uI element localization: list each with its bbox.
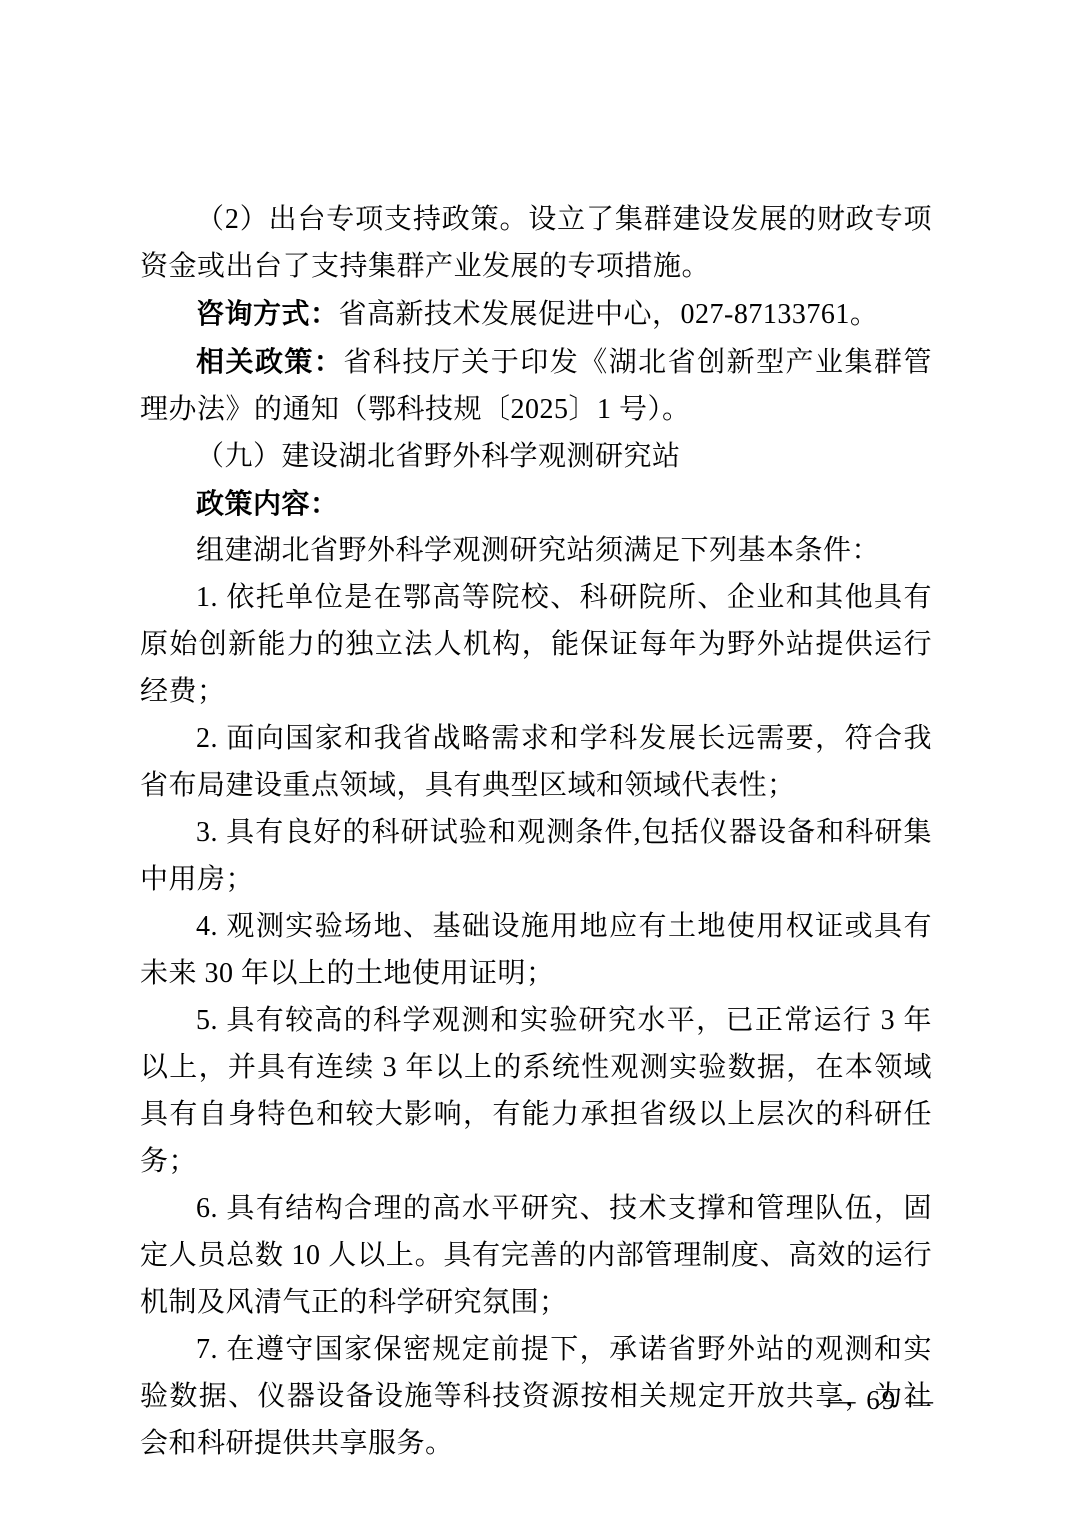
paragraph-support-policy: （2）出台专项支持政策。设立了集群建设发展的财政专项资金或出台了支持集群产业发展… <box>140 196 932 290</box>
paragraph-condition-1: 1. 依托单位是在鄂高等院校、科研院所、企业和其他具有原始创新能力的独立法人机构… <box>140 574 932 715</box>
paragraph-condition-5: 5. 具有较高的科学观测和实验研究水平，已正常运行 3 年以上，并具有连续 3 … <box>140 997 932 1185</box>
paragraph-condition-3: 3. 具有良好的科研试验和观测条件,包括仪器设备和科研集中用房； <box>140 809 932 903</box>
consultation-text: 省高新技术发展促进中心，027-87133761。 <box>339 299 879 330</box>
paragraph-consultation: 咨询方式：省高新技术发展促进中心，027-87133761。 <box>140 290 932 338</box>
consultation-label: 咨询方式： <box>196 298 339 329</box>
section-heading-nine: （九）建设湖北省野外科学观测研究站 <box>140 433 932 480</box>
document-page: { "page": { "background": "#ffffff", "te… <box>0 0 1074 1520</box>
paragraph-condition-2: 2. 面向国家和我省战略需求和学科发展长远需要，符合我省布局建设重点领域，具有典… <box>140 715 932 809</box>
policy-content-heading: 政策内容： <box>140 480 932 527</box>
paragraph-basic-conditions-intro: 组建湖北省野外科学观测研究站须满足下列基本条件： <box>140 527 932 574</box>
document-body: （2）出台专项支持政策。设立了集群建设发展的财政专项资金或出台了支持集群产业发展… <box>140 196 932 1467</box>
paragraph-condition-7: 7. 在遵守国家保密规定前提下，承诺省野外站的观测和实验数据、仪器设备设施等科技… <box>140 1326 932 1467</box>
paragraph-condition-6: 6. 具有结构合理的高水平研究、技术支撑和管理队伍，固定人员总数 10 人以上。… <box>140 1185 932 1326</box>
related-policy-label: 相关政策： <box>196 346 343 377</box>
page-number: — 69 — <box>829 1383 936 1417</box>
paragraph-related-policy: 相关政策：省科技厅关于印发《湖北省创新型产业集群管理办法》的通知（鄂科技规〔20… <box>140 338 932 433</box>
paragraph-condition-4: 4. 观测实验场地、基础设施用地应有土地使用权证或具有未来 30 年以上的土地使… <box>140 903 932 997</box>
